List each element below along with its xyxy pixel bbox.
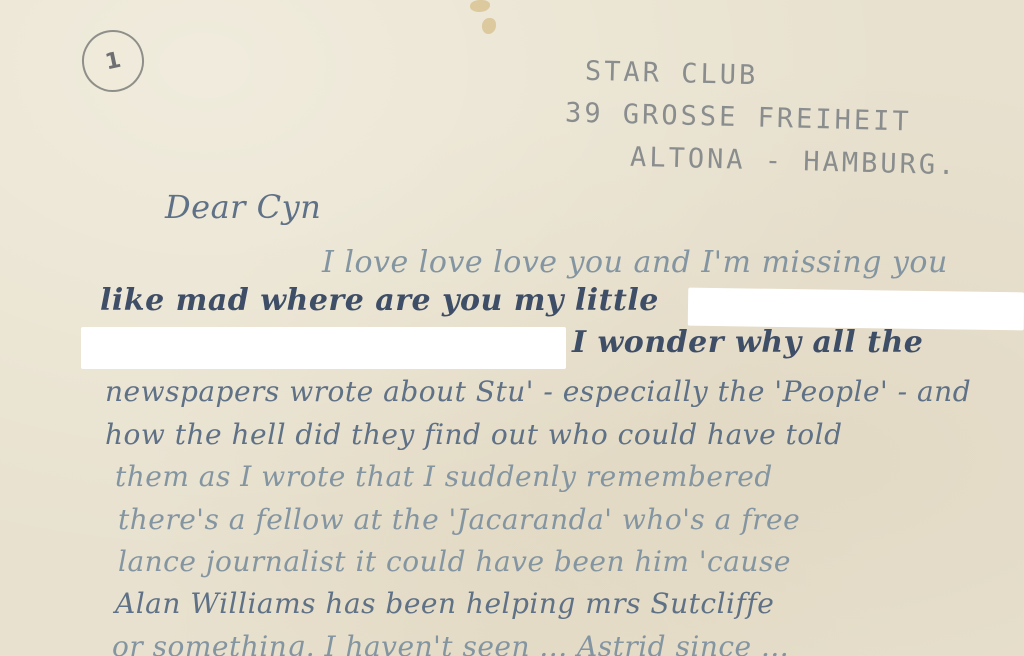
- letter-line-10: or something. I haven't seen ... Astrid …: [112, 630, 789, 656]
- letter-line-1: I love love love you and I'm missing you: [322, 245, 948, 280]
- letter-line-9: Alan Williams has been helping mrs Sutcl…: [115, 587, 774, 620]
- redaction-bar: [688, 288, 1024, 331]
- redaction-bar: [81, 327, 566, 369]
- letter-line-8: lance journalist it could have been him …: [118, 545, 791, 578]
- letter-page: 1 STAR CLUB 39 GROSSE FREIHEIT ALTONA - …: [0, 0, 1024, 656]
- page-number: 1: [103, 47, 123, 75]
- letter-line-4: newspapers wrote about Stu' - especially…: [105, 375, 971, 408]
- address-line-1: STAR CLUB: [585, 56, 759, 92]
- address-line-3: ALTONA - HAMBURG.: [630, 142, 958, 182]
- page-number-circle: 1: [76, 24, 150, 98]
- letter-line-5: how the hell did they find out who could…: [105, 418, 843, 451]
- paper-stain: [470, 0, 490, 12]
- letter-line-6: them as I wrote that I suddenly remember…: [115, 460, 773, 493]
- letter-line-3: I wonder why all the: [572, 325, 923, 360]
- salutation: Dear Cyn: [165, 188, 321, 226]
- letter-line-2: like mad where are you my little: [100, 283, 659, 318]
- letter-line-7: there's a fellow at the 'Jacaranda' who'…: [118, 503, 800, 536]
- paper-stain: [482, 18, 496, 34]
- address-line-2: 39 GROSSE FREIHEIT: [565, 97, 912, 137]
